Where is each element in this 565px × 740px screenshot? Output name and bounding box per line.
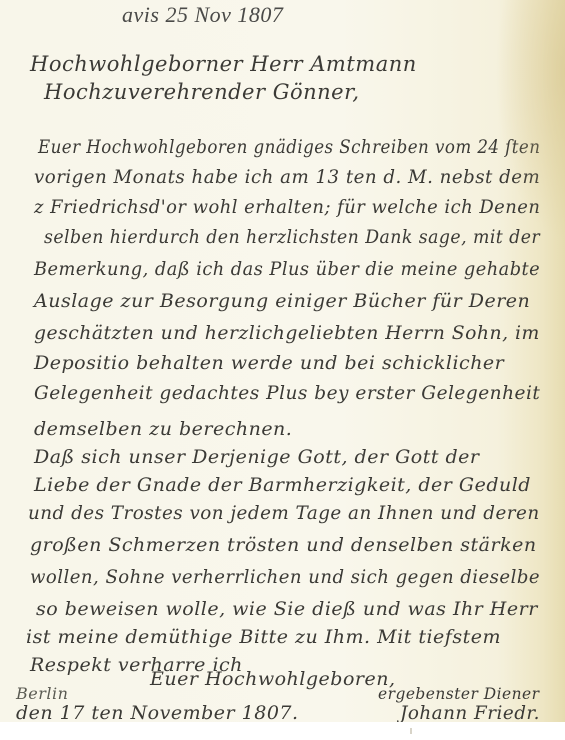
closing-address: Euer Hochwohlgeboren, <box>150 668 396 690</box>
salutation-line-1: Hochwohlgeborner Herr Amtmann <box>30 52 417 76</box>
header-annotation: avis 25 Nov 1807 <box>122 2 283 28</box>
body-line-4: selben hierdurch den herzlichsten Dank s… <box>44 226 540 248</box>
body-line-12: Liebe der Gnade der Barmherzigkeit, der … <box>34 474 531 496</box>
scan-mark <box>410 728 412 734</box>
valediction: ergebenster Diener <box>378 684 540 703</box>
body-line-13: und des Trostes von jedem Tage an Ihnen … <box>28 502 540 524</box>
body-line-6: Auslage zur Besorgung einiger Bücher für… <box>34 290 530 312</box>
body-line-1: Euer Hochwohlgeboren gnädiges Schreiben … <box>38 136 540 158</box>
closing-place: Berlin <box>16 684 68 703</box>
body-line-5: Bemerkung, daß ich das Plus über die mei… <box>34 258 540 280</box>
body-line-9: Gelegenheit gedachtes Plus bey erster Ge… <box>34 382 540 404</box>
body-line-7: geschätzten und herzlichgeliebten Herrn … <box>34 322 540 344</box>
body-line-16: so beweisen wolle, wie Sie dieß und was … <box>36 598 538 620</box>
letter-page: avis 25 Nov 1807 Hochwohlgeborner Herr A… <box>0 0 565 722</box>
closing-date: den 17 ten November 1807. <box>16 702 299 722</box>
body-line-10: demselben zu berechnen. <box>34 418 292 440</box>
body-line-15: wollen, Sohne verherrlichen und sich geg… <box>30 566 540 588</box>
body-line-8: Depositio behalten werde und bei schickl… <box>34 352 504 374</box>
signature: Johann Friedr. <box>400 702 540 722</box>
body-line-3: z Friedrichsd'or wohl erhalten; für welc… <box>34 196 540 218</box>
body-line-14: großen Schmerzen trösten und denselben s… <box>30 534 537 556</box>
body-line-11: Daß sich unser Derjenige Gott, der Gott … <box>34 446 480 468</box>
body-line-17: ist meine demüthige Bitte zu Ihm. Mit ti… <box>26 626 501 648</box>
salutation-line-2: Hochzuverehrender Gönner, <box>44 80 360 104</box>
body-line-2: vorigen Monats habe ich am 13 ten d. M. … <box>34 166 540 188</box>
